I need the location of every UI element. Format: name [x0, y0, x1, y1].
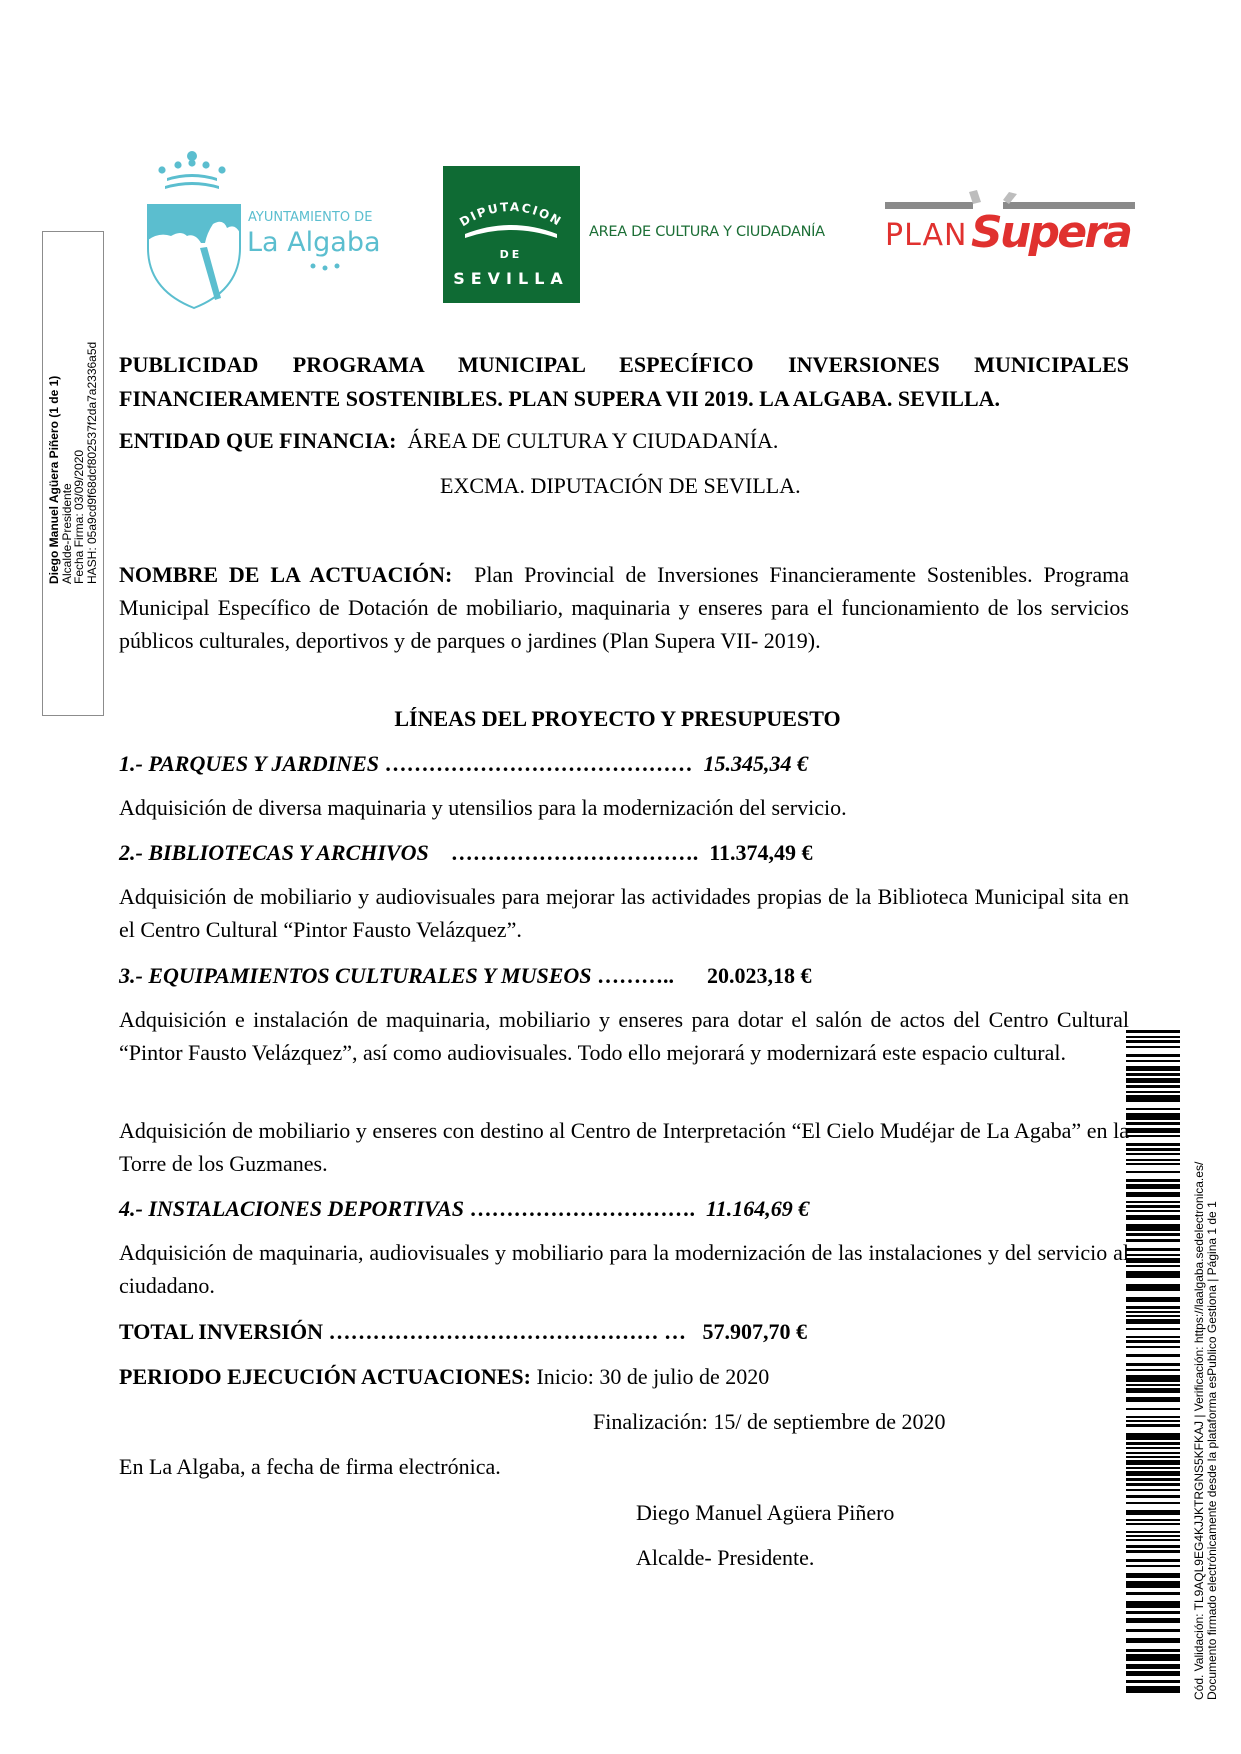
area-cultura-label: AREA DE CULTURA Y CIUDADANÍA	[589, 224, 825, 240]
budget-line-amount: 15.345,34 €	[703, 751, 808, 776]
entidad-value-1: ÁREA DE CULTURA Y CIUDADANÍA.	[407, 428, 778, 453]
actuacion-block: NOMBRE DE LA ACTUACIÓN: Plan Provincial …	[119, 558, 1129, 657]
budget-line-2: 2.- BIBLIOTECAS Y ARCHIVOS ……………………………. …	[119, 836, 1129, 869]
periodo-row: PERIODO EJECUCIÓN ACTUACIONES: Inicio: 3…	[119, 1360, 1129, 1393]
plan-text: PLAN	[885, 218, 967, 253]
total-inversion: TOTAL INVERSIÓN ……………………………………… … 57.907…	[119, 1315, 1129, 1348]
entidad-row: ENTIDAD QUE FINANCIA: ÁREA DE CULTURA Y …	[119, 424, 1129, 457]
budget-line-label: 2.- BIBLIOTECAS Y ARCHIVOS	[119, 840, 429, 865]
stamp-date: Fecha Firma: 03/09/2020	[73, 342, 86, 584]
actuacion-label: NOMBRE DE LA ACTUACIÓN:	[119, 562, 452, 587]
periodo-label: PERIODO EJECUCIÓN ACTUACIONES:	[119, 1364, 531, 1389]
budget-line-dots: …………………………….	[451, 840, 699, 865]
budget-line-1-desc: Adquisición de diversa maquinaria y uten…	[119, 791, 1129, 824]
lineas-heading: LÍNEAS DEL PROYECTO Y PRESUPUESTO	[119, 702, 1116, 735]
ayuntamiento-la-algaba-logo: AYUNTAMIENTO DE La Algaba	[145, 148, 390, 310]
budget-line-label: 3.- EQUIPAMIENTOS CULTURALES Y MUSEOS	[119, 963, 592, 988]
algaba-logo-line1: AYUNTAMIENTO DE	[248, 210, 372, 225]
budget-line-3-desc-1: Adquisición e instalación de maquinaria,…	[119, 1003, 1129, 1069]
sevilla-text: SEVILLA	[453, 269, 569, 288]
lugar-fecha: En La Algaba, a fecha de firma electróni…	[119, 1450, 1129, 1483]
de-text: DE	[500, 248, 523, 261]
total-label: TOTAL INVERSIÓN	[119, 1319, 323, 1344]
budget-line-amount: 20.023,18 €	[707, 963, 812, 988]
firmante-cargo: Alcalde- Presidente.	[636, 1541, 814, 1574]
budget-line-label: 1.- PARQUES Y JARDINES	[119, 751, 379, 776]
entidad-label: ENTIDAD QUE FINANCIA:	[119, 428, 396, 453]
signature-stamp: Diego Manuel Agüera Piñero (1 de 1) Alca…	[48, 342, 98, 584]
validation-platform-line: Documento firmado electrónicamente desde…	[1206, 1162, 1219, 1700]
budget-line-3-desc-2: Adquisición de mobiliario y enseres con …	[119, 1114, 1129, 1180]
document-title: PUBLICIDAD PROGRAMA MUNICIPAL ESPECÍFICO…	[119, 348, 1129, 416]
diputacion-text: DIPUTACION	[457, 200, 565, 229]
budget-line-1: 1.- PARQUES Y JARDINES …………………………………… 15…	[119, 747, 1129, 780]
supera-text: Supera	[971, 207, 1133, 258]
firmante-name: Diego Manuel Agüera Piñero	[636, 1496, 894, 1529]
validation-barcode	[1126, 1030, 1180, 1696]
periodo-inicio: Inicio: 30 de julio de 2020	[536, 1364, 769, 1389]
svg-text:DIPUTACION: DIPUTACION	[457, 200, 565, 229]
validation-code-line: Cód. Validación: TL9AQL9EG4KJJKTRGNS5KFK…	[1193, 1162, 1206, 1700]
budget-line-label: 4.- INSTALACIONES DEPORTIVAS	[119, 1196, 464, 1221]
algaba-logo-line2: La Algaba	[247, 227, 381, 258]
total-amount: 57.907,70 €	[702, 1319, 807, 1344]
budget-line-4: 4.- INSTALACIONES DEPORTIVAS ………………………….…	[119, 1192, 1129, 1225]
budget-line-dots: ……………………………………	[384, 751, 692, 776]
total-dots: ……………………………………… …	[328, 1319, 686, 1344]
budget-line-amount: 11.374,49 €	[709, 840, 812, 865]
periodo-fin: Finalización: 15/ de septiembre de 2020	[593, 1405, 946, 1438]
stamp-hash: HASH: 05a9cd9f68dcf802537f2da7a2336a5d	[86, 342, 99, 584]
validation-text: Cód. Validación: TL9AQL9EG4KJJKTRGNS5KFK…	[1193, 1162, 1218, 1700]
entidad-value-2: EXCMA. DIPUTACIÓN DE SEVILLA.	[440, 469, 801, 502]
budget-line-2-desc: Adquisición de mobiliario y audiovisuale…	[119, 880, 1129, 946]
plan-supera-logo: PLAN Supera	[885, 190, 1135, 260]
budget-line-amount: 11.164,69 €	[706, 1196, 809, 1221]
budget-line-4-desc: Adquisición de maquinaria, audiovisuales…	[119, 1236, 1129, 1302]
diputacion-sevilla-logo: DIPUTACION DE SEVILLA	[443, 166, 580, 303]
stamp-signer: Diego Manuel Agüera Piñero (1 de 1)	[48, 342, 61, 584]
budget-line-dots: ………………………….	[469, 1196, 695, 1221]
budget-line-dots: ………..	[597, 963, 674, 988]
budget-line-3: 3.- EQUIPAMIENTOS CULTURALES Y MUSEOS ………	[119, 959, 1129, 992]
